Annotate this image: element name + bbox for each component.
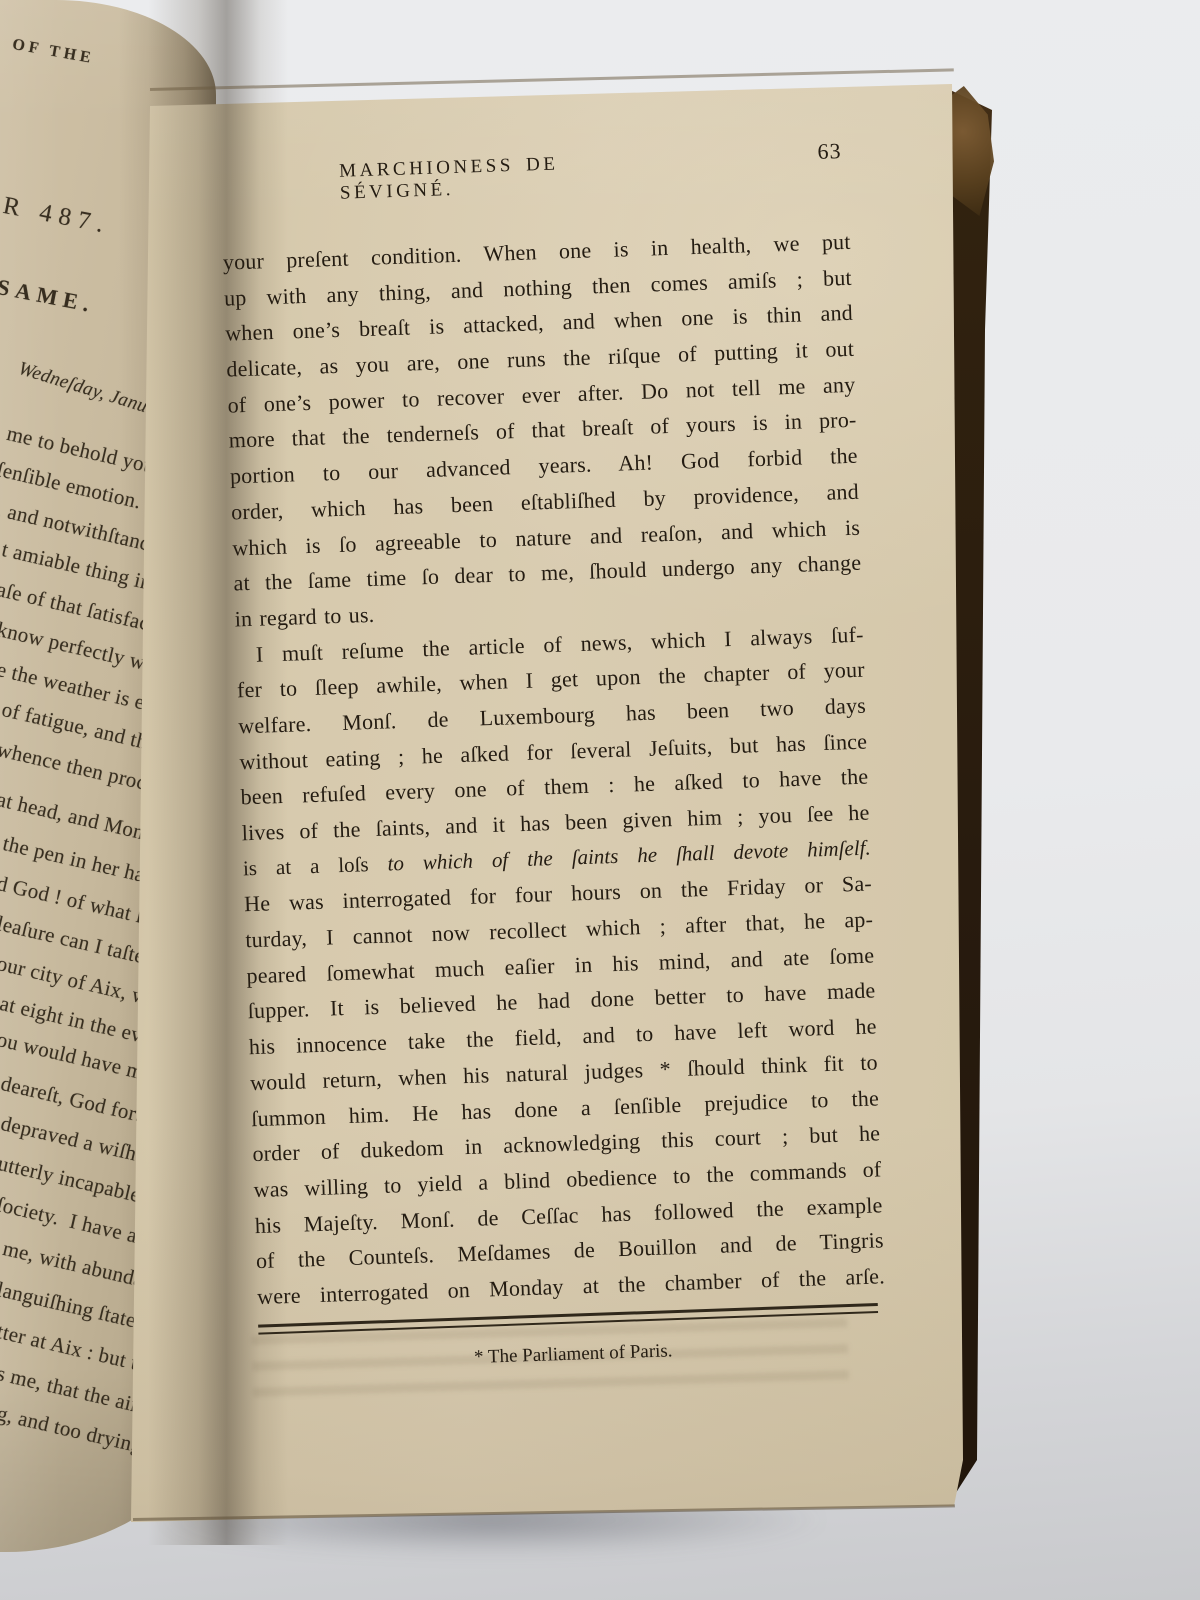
book-photo: OF THER 487.SAME.Wedneſday, January 31, … bbox=[0, 0, 1200, 1600]
body-lines: your preſent condition. When one is in h… bbox=[222, 224, 885, 1315]
page-number: 63 bbox=[817, 138, 842, 165]
text-segment: in regard to us. bbox=[234, 602, 374, 632]
header-title: MARCHIONESS DE SÉVIGNÉ. bbox=[339, 150, 679, 205]
facing-page-text-fragment: SAME. bbox=[0, 274, 97, 318]
facing-page-text-fragment: R 487. bbox=[1, 192, 113, 240]
facing-page-text-fragment: OF THE bbox=[11, 36, 96, 68]
footnote: * The Parliament of Paris. bbox=[259, 1333, 887, 1376]
page-content: MARCHIONESS DE SÉVIGNÉ. 63 your preſent … bbox=[219, 136, 888, 1416]
text-segment: is at a loſs bbox=[243, 851, 388, 880]
